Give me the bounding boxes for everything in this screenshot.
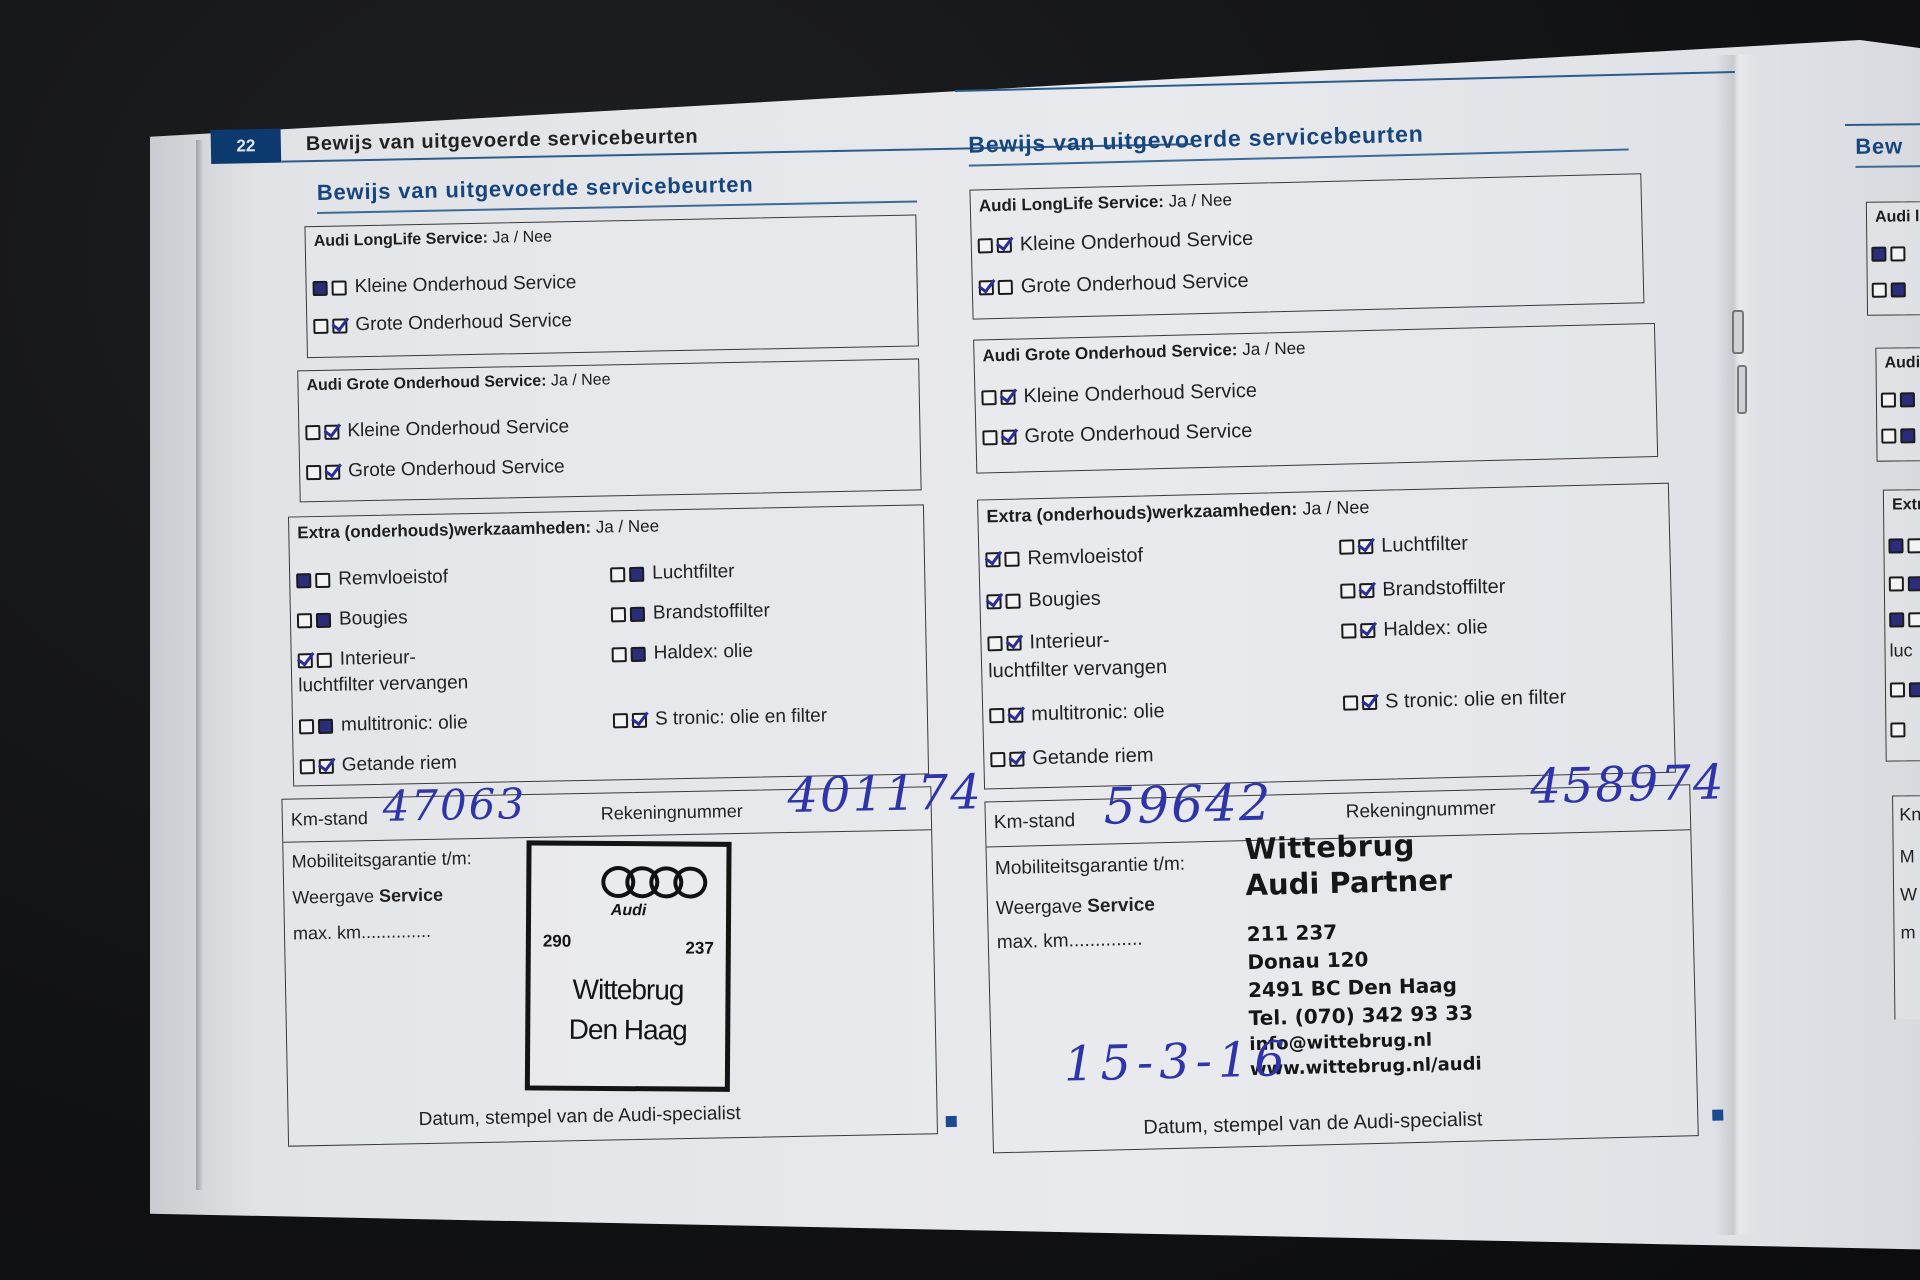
- item-label: S tronic: olie en filter: [655, 705, 828, 730]
- checklist-row: S tronic: olie en filter: [1343, 686, 1567, 714]
- checkbox-nee[interactable]: [315, 572, 330, 587]
- checkbox-nee[interactable]: [1001, 430, 1016, 445]
- checklist-row: [1889, 612, 1920, 627]
- checkbox-nee[interactable]: [1909, 682, 1920, 697]
- header-rule: [1845, 121, 1920, 126]
- checkbox-nee[interactable]: [1908, 576, 1920, 591]
- checkbox-nee[interactable]: [1908, 612, 1920, 627]
- invoice-label: Rekeningnummer: [1346, 798, 1496, 824]
- dealer-number: 211 237: [1246, 916, 1478, 946]
- checkbox-nee[interactable]: [1900, 392, 1915, 407]
- right-page: Bewijs van uitgevoerde servicebeurten Au…: [955, 72, 1701, 1149]
- checkbox-ja[interactable]: [297, 613, 312, 628]
- checklist-row: Grote Onderhoud Service: [979, 270, 1249, 300]
- checkbox-ja[interactable]: [1340, 583, 1355, 598]
- item-label: Grote Onderhoud Service: [1021, 270, 1249, 299]
- stamp-code-left: 290: [543, 932, 572, 952]
- checkbox-nee[interactable]: [1358, 539, 1373, 554]
- checkbox-ja[interactable]: [985, 552, 1000, 567]
- longlife-heading: Audi LongLife Service: Ja / Nee: [314, 221, 916, 251]
- longlife-heading: Audi LongLife Service: Ja / Nee: [979, 180, 1641, 216]
- date-handwritten: 15-3-16: [1063, 1031, 1291, 1093]
- checkbox-nee[interactable]: [317, 652, 332, 667]
- checkbox-ja[interactable]: [1889, 612, 1904, 627]
- item-label-fragment: luc: [1889, 640, 1912, 661]
- section-title: Bewijs van uitgevoerde servicebeurten: [968, 116, 1629, 167]
- checklist-row: Kleine Onderhoud Service: [305, 416, 569, 443]
- stamp-line2: Den Haag: [530, 1013, 725, 1046]
- checkbox-ja[interactable]: [612, 647, 627, 662]
- checkbox-nee[interactable]: [632, 712, 647, 727]
- checkbox-ja[interactable]: [313, 318, 328, 333]
- checkbox-nee[interactable]: [1359, 583, 1374, 598]
- km-label: Km-stand: [994, 810, 1076, 834]
- checkbox-ja[interactable]: [1881, 428, 1896, 443]
- checklist-row: [1871, 246, 1909, 261]
- invoice-label: Rekeningnummer: [601, 801, 743, 825]
- checklist-row: Kleine Onderhoud Service: [981, 380, 1257, 410]
- checklist-row: [1881, 428, 1919, 443]
- checkbox-nee[interactable]: [1009, 752, 1024, 767]
- checklist-row: Remvloeistof: [296, 567, 448, 592]
- item-label: Remvloeistof: [338, 567, 448, 591]
- checklist-row: Grote Onderhoud Service: [306, 456, 565, 483]
- checkbox-ja[interactable]: [1881, 392, 1896, 407]
- item-label: Interieur-: [340, 647, 416, 670]
- item-label: Luchtfilter: [652, 561, 735, 585]
- checkbox-nee[interactable]: [1005, 594, 1020, 609]
- checkbox-ja[interactable]: [986, 594, 1001, 609]
- checkbox-nee[interactable]: [1900, 428, 1915, 443]
- km-label: Km-stand: [291, 808, 368, 830]
- checkbox-nee[interactable]: [319, 758, 334, 773]
- extra-heading: Extra (onderhouds)werkzaamheden: Ja / Ne…: [986, 490, 1668, 528]
- dealer-subtitle: Audi Partner: [1245, 862, 1477, 902]
- longlife-service-box: Audi LongLife Service: Ja / Nee Kleine O…: [969, 173, 1644, 319]
- checkbox-ja[interactable]: [1890, 722, 1905, 737]
- checkbox-ja[interactable]: [978, 238, 993, 253]
- checkbox-ja[interactable]: [1889, 576, 1904, 591]
- checklist-row: Haldex: olie: [612, 641, 754, 666]
- dealer-name: Wittebrug: [1244, 826, 1476, 866]
- checkbox-nee[interactable]: [1891, 282, 1906, 297]
- item-label: Brandstoffilter: [653, 600, 770, 624]
- checkbox-ja[interactable]: [987, 636, 1002, 651]
- checklist-row: Kleine Onderhoud Service: [312, 272, 576, 299]
- checkbox-ja[interactable]: [1343, 695, 1358, 710]
- max-km-label: max. km..............: [293, 921, 431, 945]
- extra-heading: Extra (onderhouds)werkzaamheden: Ja / Ne…: [297, 511, 923, 543]
- booklet-left-edge: [196, 140, 204, 1190]
- box-heading-fragment: Audi: [1884, 353, 1920, 373]
- checkbox-nee[interactable]: [1907, 538, 1920, 553]
- stamp-line1: Wittebrug: [530, 973, 725, 1006]
- item-label: Bougies: [1028, 588, 1101, 613]
- checkbox-ja[interactable]: [296, 573, 311, 588]
- item-label: Kleine Onderhoud Service: [347, 416, 569, 442]
- checkbox-ja[interactable]: [298, 653, 313, 668]
- item-label: Haldex: olie: [653, 641, 753, 665]
- grote-onderhoud-box: Audi Grote Onderhoud Service: Ja / Nee K…: [297, 358, 921, 502]
- item-label: S tronic: olie en filter: [1385, 686, 1567, 713]
- checkbox-ja[interactable]: [300, 759, 315, 774]
- extra-werkzaamheden-box: Extra (onderhouds)werkzaamheden: Ja / Ne…: [288, 504, 929, 786]
- stamp-code-right: 237: [685, 939, 714, 959]
- checkbox-nee[interactable]: [630, 606, 645, 621]
- next-page-partial: Bew Audi l Audi Extr luc Kn M W m: [1845, 118, 1920, 1020]
- box-heading-fragment: Extr: [1892, 495, 1920, 515]
- invoice-value-handwritten: 458974: [1530, 754, 1727, 815]
- longlife-service-box: Audi LongLife Service: Ja / Nee Kleine O…: [304, 214, 918, 358]
- checkbox-nee[interactable]: [324, 424, 339, 439]
- checklist-row: [1890, 682, 1920, 697]
- checklist-row: [1881, 392, 1919, 407]
- checklist-row: Bougies: [297, 607, 408, 631]
- item-label: Interieur-: [1029, 629, 1110, 654]
- checkbox-ja[interactable]: [1339, 539, 1354, 554]
- audi-rings-logo: [601, 866, 707, 899]
- checklist-row: multitronic: olie: [299, 712, 468, 737]
- invoice-value-handwritten: 401174: [787, 764, 983, 824]
- end-marker: [946, 1116, 957, 1127]
- checklist-row: Haldex: olie: [1341, 616, 1488, 643]
- checkbox-nee[interactable]: [331, 280, 346, 295]
- item-label: Kleine Onderhoud Service: [354, 272, 576, 298]
- checklist-row: Grote Onderhoud Service: [982, 420, 1252, 450]
- dealer-phone: Tel. (070) 342 93 33: [1248, 1000, 1480, 1030]
- dealer-city: 2491 BC Den Haag: [1248, 972, 1480, 1002]
- checklist-row: Interieur-: [987, 629, 1110, 655]
- checklist-row: [1890, 722, 1909, 737]
- checkbox-ja[interactable]: [611, 607, 626, 622]
- longlife-box-fragment: Audi l: [1866, 200, 1920, 316]
- record-box-fragment: Kn M W m: [1892, 793, 1920, 1020]
- checkbox-ja[interactable]: [982, 430, 997, 445]
- service-display-label: Weergave Service: [292, 885, 443, 909]
- checklist-row: multitronic: olie: [989, 700, 1165, 727]
- item-label: multitronic: olie: [1031, 700, 1165, 726]
- checkbox-nee[interactable]: [1006, 636, 1021, 651]
- mobility-label: Mobiliteitsgarantie t/m:: [291, 848, 471, 872]
- checkbox-ja[interactable]: [1871, 247, 1886, 262]
- item-label: Grote Onderhoud Service: [355, 310, 572, 336]
- checkbox-ja[interactable]: [981, 390, 996, 405]
- checklist-row: [1889, 576, 1920, 591]
- service-record-box: Km-stand 59642 Rekeningnummer 458974 Mob…: [984, 784, 1698, 1153]
- item-label: multitronic: olie: [341, 712, 468, 736]
- dealer-stamp: Audi 290 237 Wittebrug Den Haag: [525, 840, 732, 1091]
- service-record-box: Km-stand 47063 Rekeningnummer 401174 Mob…: [281, 786, 938, 1146]
- item-label: Haldex: olie: [1383, 616, 1488, 642]
- checkbox-nee[interactable]: [325, 464, 340, 479]
- checklist-row: Kleine Onderhoud Service: [978, 228, 1254, 258]
- checklist-row: Luchtfilter: [610, 561, 735, 585]
- item-label: Brandstoffilter: [1382, 576, 1506, 602]
- checkbox-nee[interactable]: [1362, 695, 1377, 710]
- checkbox-ja[interactable]: [305, 424, 320, 439]
- checkbox-nee[interactable]: [1004, 552, 1019, 567]
- mobility-label: Mobiliteitsgarantie t/m:: [995, 854, 1186, 881]
- grote-onderhoud-box: Audi Grote Onderhoud Service: Ja / Nee K…: [973, 323, 1658, 474]
- item-label: Getande riem: [1032, 744, 1154, 770]
- item-label: Luchtfilter: [1381, 533, 1468, 558]
- checkbox-nee[interactable]: [318, 718, 333, 733]
- checklist-row: [1888, 538, 1920, 553]
- end-marker: [1712, 1110, 1723, 1121]
- checkbox-nee[interactable]: [997, 238, 1012, 253]
- page-gutter: [1715, 55, 1755, 1235]
- service-display-label: Weergave Service: [996, 894, 1155, 920]
- checkbox-ja[interactable]: [1890, 682, 1905, 697]
- max-km-label: max. km..............: [997, 929, 1143, 955]
- item-label-continued: luchtfilter vervangen: [298, 672, 468, 697]
- km-value-handwritten: 59642: [1103, 773, 1273, 835]
- checkbox-ja[interactable]: [989, 708, 1004, 723]
- grote-heading: Audi Grote Onderhoud Service: Ja / Nee: [306, 365, 918, 395]
- grote-heading: Audi Grote Onderhoud Service: Ja / Nee: [982, 330, 1654, 366]
- checkbox-nee[interactable]: [316, 612, 331, 627]
- divider: [1893, 794, 1920, 796]
- checkbox-ja[interactable]: [1341, 623, 1356, 638]
- checklist-row: Bougies: [986, 588, 1101, 614]
- checklist-row: [1872, 282, 1910, 297]
- item-label: Grote Onderhoud Service: [348, 456, 565, 482]
- checklist-row: S tronic: olie en filter: [613, 705, 828, 731]
- km-value-handwritten: 47063: [382, 779, 527, 831]
- staple-top: [1732, 310, 1744, 354]
- checkbox-ja[interactable]: [610, 567, 625, 582]
- stamp-brand: Audi: [531, 901, 726, 920]
- checkbox-nee[interactable]: [998, 280, 1013, 295]
- item-label: Getande riem: [342, 752, 458, 776]
- box-heading-fragment: Audi l: [1875, 207, 1920, 227]
- item-label: Kleine Onderhoud Service: [1023, 380, 1257, 409]
- checkbox-ja[interactable]: [613, 713, 628, 728]
- item-label: Kleine Onderhoud Service: [1020, 228, 1254, 257]
- checkbox-nee[interactable]: [631, 646, 646, 661]
- mobility-label-fragment: M: [1900, 846, 1915, 867]
- item-label: Bougies: [339, 607, 408, 630]
- grote-box-fragment: Audi: [1875, 346, 1920, 462]
- extra-werkzaamheden-box: Extra (onderhouds)werkzaamheden: Ja / Ne…: [977, 483, 1676, 790]
- item-label-continued: luchtfilter vervangen: [988, 656, 1167, 683]
- checkbox-nee[interactable]: [1360, 623, 1375, 638]
- checklist-row: Grote Onderhoud Service: [313, 310, 572, 337]
- record-footer: Datum, stempel van de Audi-specialist: [1143, 1108, 1483, 1139]
- record-footer: Datum, stempel van de Audi-specialist: [418, 1103, 740, 1131]
- checkbox-nee[interactable]: [629, 566, 644, 581]
- checklist-row: Getande riem: [990, 744, 1154, 771]
- section-title: Bewijs van uitgevoerde servicebeurten: [317, 168, 918, 214]
- checkbox-nee[interactable]: [1890, 246, 1905, 261]
- checkbox-ja[interactable]: [312, 280, 327, 295]
- checklist-row: Brandstoffilter: [1340, 576, 1506, 603]
- checklist-row: Luchtfilter: [1339, 533, 1468, 559]
- checkbox-nee[interactable]: [332, 318, 347, 333]
- section-title-fragment: Bew: [1855, 132, 1920, 168]
- checklist-row: Interieur-: [298, 647, 416, 671]
- checkbox-nee[interactable]: [1008, 708, 1023, 723]
- maxkm-label-fragment: m: [1900, 922, 1915, 943]
- checkbox-ja[interactable]: [990, 752, 1005, 767]
- extra-box-fragment: Extr luc: [1883, 488, 1920, 762]
- km-label-fragment: Kn: [1899, 804, 1920, 825]
- page-number: 22: [211, 129, 282, 164]
- checklist-row: Getande riem: [300, 752, 458, 777]
- dealer-street: Donau 120: [1247, 944, 1479, 974]
- left-page: 22 Bewijs van uitgevoerde servicebeurten…: [210, 86, 951, 1180]
- item-label: Remvloeistof: [1027, 545, 1143, 571]
- checkbox-ja[interactable]: [299, 719, 314, 734]
- checklist-row: Brandstoffilter: [611, 600, 770, 625]
- checkbox-ja[interactable]: [979, 280, 994, 295]
- item-label: Grote Onderhoud Service: [1024, 420, 1252, 449]
- checkbox-nee[interactable]: [1000, 390, 1015, 405]
- checklist-row: Remvloeistof: [985, 545, 1143, 572]
- checkbox-ja[interactable]: [1872, 283, 1887, 298]
- checkbox-ja[interactable]: [1888, 538, 1903, 553]
- checkbox-ja[interactable]: [306, 464, 321, 479]
- staple-bottom: [1737, 365, 1747, 414]
- service-label-fragment: W: [1900, 884, 1917, 905]
